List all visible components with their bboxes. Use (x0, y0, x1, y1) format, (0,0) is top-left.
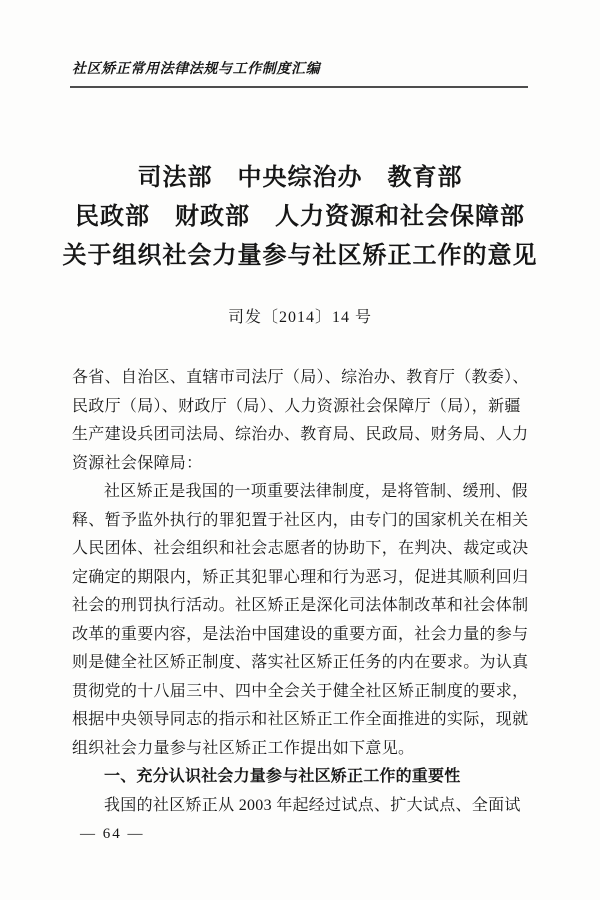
body-line: 社区矫正是我国的一项重要法律制度，是将管制、缓刑、假 (72, 478, 528, 507)
body-line: 我国的社区矫正从 2003 年起经过试点、扩大试点、全面试 (72, 792, 528, 821)
body-line: 资源社会保障局： (72, 450, 528, 479)
paragraph-introduction: 社区矫正是我国的一项重要法律制度，是将管制、缓刑、假 释、暂予监外执行的罪犯置于… (72, 478, 528, 763)
body-line: 组织社会力量参与社区矫正工作提出如下意见。 (72, 735, 528, 764)
title-line-agencies-1: 司法部 中央综治办 教育部 (0, 158, 600, 197)
running-header-title: 社区矫正常用法律法规与工作制度汇编 (70, 58, 528, 78)
title-line-agencies-2: 民政部 财政部 人力资源和社会保障部 (0, 197, 600, 236)
body-line: 各省、自治区、直辖市司法厅（局）、综治办、教育厅（教委）、 (72, 364, 528, 393)
page-number: — 64 — (80, 826, 145, 843)
running-header: 社区矫正常用法律法规与工作制度汇编 (70, 58, 528, 78)
document-page: 社区矫正常用法律法规与工作制度汇编 司法部 中央综治办 教育部 民政部 财政部 … (0, 0, 600, 900)
document-title: 司法部 中央综治办 教育部 民政部 财政部 人力资源和社会保障部 关于组织社会力… (0, 158, 600, 275)
body-line: 定确定的期限内，矫正其犯罪心理和行为恶习，促进其顺利回归 (72, 564, 528, 593)
paragraph-addressees: 各省、自治区、直辖市司法厅（局）、综治办、教育厅（教委）、 民政厅（局）、财政厅… (72, 364, 528, 478)
body-line: 根据中央领导同志的指示和社区矫正工作全面推进的实际，现就 (72, 706, 528, 735)
body-line: 改革的重要内容，是法治中国建设的重要方面，社会力量的参与 (72, 621, 528, 650)
body-line: 民政厅（局）、财政厅（局）、人力资源社会保障厅（局），新疆 (72, 393, 528, 422)
body-line: 社会的刑罚执行活动。社区矫正是深化司法体制改革和社会体制 (72, 592, 528, 621)
body-line: 则是健全社区矫正制度、落实社区矫正任务的内在要求。为认真 (72, 649, 528, 678)
section-one: 一、充分认识社会力量参与社区矫正工作的重要性 我国的社区矫正从 2003 年起经… (72, 763, 528, 820)
body-line: 贯彻党的十八届三中、四中全会关于健全社区矫正制度的要求， (72, 678, 528, 707)
body-line: 生产建设兵团司法局、综治办、教育局、民政局、财务局、人力 (72, 421, 528, 450)
section-heading: 一、充分认识社会力量参与社区矫正工作的重要性 (72, 763, 528, 792)
title-line-subject: 关于组织社会力量参与社区矫正工作的意见 (0, 236, 600, 275)
body-line: 释、暂予监外执行的罪犯置于社区内，由专门的国家机关在相关 (72, 507, 528, 536)
header-divider-line (70, 86, 528, 88)
document-body: 各省、自治区、直辖市司法厅（局）、综治办、教育厅（教委）、 民政厅（局）、财政厅… (72, 364, 528, 820)
document-number: 司发〔2014〕14 号 (0, 304, 600, 327)
body-line: 人民团体、社会组织和社会志愿者的协助下，在判决、裁定或决 (72, 535, 528, 564)
